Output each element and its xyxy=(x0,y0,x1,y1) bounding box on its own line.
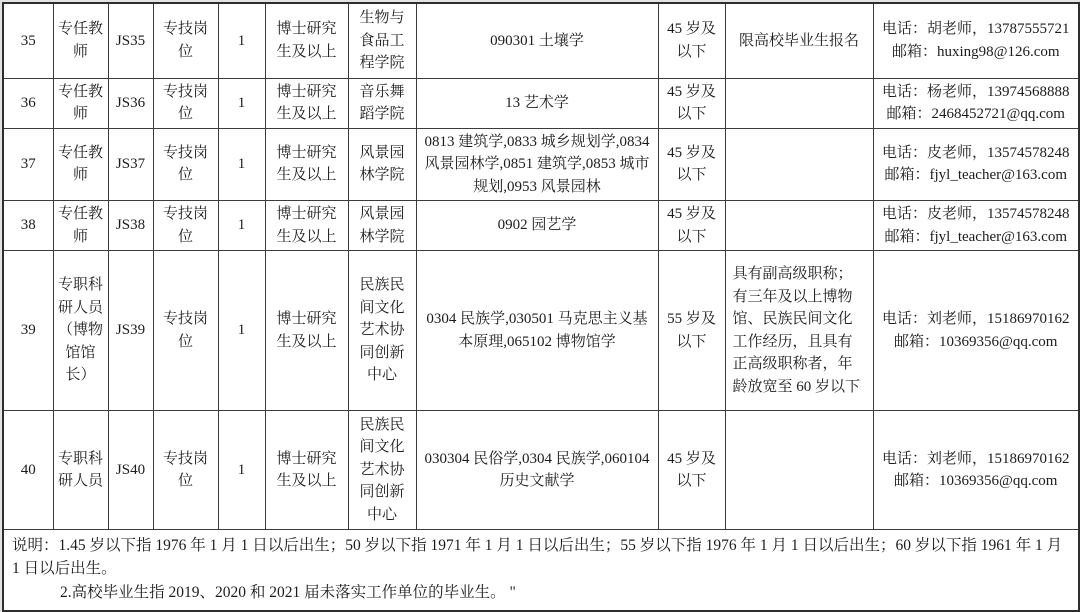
cell-education: 博士研究生及以上 xyxy=(265,3,348,78)
cell-age: 45 岁及以下 xyxy=(658,3,725,78)
cell-post-name: 专任教师 xyxy=(53,78,108,128)
contact-email: 邮箱：10369356@qq.com xyxy=(878,470,1075,493)
cell-other: 限高校毕业生报名 xyxy=(725,3,873,78)
notes-cell: 说明：1.45 岁以下指 1976 年 1 月 1 日以后出生；50 岁以下指 … xyxy=(3,530,1079,611)
cell-count: 1 xyxy=(218,411,265,530)
table-row: 35专任教师JS35专技岗位1博士研究生及以上生物与食品工程学院090301 土… xyxy=(3,3,1079,78)
cell-majors: 0813 建筑学,0833 城乡规划学,0834 风景园林学,0851 建筑学,… xyxy=(416,128,658,201)
cell-post-type: 专技岗位 xyxy=(153,128,218,201)
cell-education: 博士研究生及以上 xyxy=(265,201,348,251)
job-table-footer: 说明：1.45 岁以下指 1976 年 1 月 1 日以后出生；50 岁以下指 … xyxy=(3,530,1079,611)
cell-no: 39 xyxy=(3,251,53,411)
cell-no: 38 xyxy=(3,201,53,251)
cell-department: 风景园林学院 xyxy=(348,201,416,251)
contact-phone: 电话：皮老师，13574578248 xyxy=(878,142,1075,165)
cell-age: 45 岁及以下 xyxy=(658,128,725,201)
cell-contact: 电话：杨老师，13974568888邮箱：2468452721@qq.com xyxy=(873,78,1079,128)
cell-count: 1 xyxy=(218,251,265,411)
document-sheet: 35专任教师JS35专技岗位1博士研究生及以上生物与食品工程学院090301 土… xyxy=(2,2,1078,612)
cell-age: 45 岁及以下 xyxy=(658,411,725,530)
cell-majors: 030304 民俗学,0304 民族学,060104 历史文献学 xyxy=(416,411,658,530)
notes-row: 说明：1.45 岁以下指 1976 年 1 月 1 日以后出生；50 岁以下指 … xyxy=(3,530,1079,611)
table-row: 36专任教师JS36专技岗位1博士研究生及以上音乐舞蹈学院13 艺术学45 岁及… xyxy=(3,78,1079,128)
cell-education: 博士研究生及以上 xyxy=(265,128,348,201)
cell-age: 45 岁及以下 xyxy=(658,78,725,128)
cell-department: 生物与食品工程学院 xyxy=(348,3,416,78)
cell-other xyxy=(725,78,873,128)
contact-email: 邮箱：huxing98@126.com xyxy=(878,41,1075,64)
cell-count: 1 xyxy=(218,128,265,201)
contact-email: 邮箱：fjyl_teacher@163.com xyxy=(878,226,1075,249)
cell-post-type: 专技岗位 xyxy=(153,201,218,251)
cell-post-type: 专技岗位 xyxy=(153,411,218,530)
cell-post-name: 专任教师 xyxy=(53,128,108,201)
contact-phone: 电话：皮老师，13574578248 xyxy=(878,203,1075,226)
cell-post-type: 专技岗位 xyxy=(153,3,218,78)
note-line-2: 2.高校毕业生指 2019、2020 和 2021 届未落实工作单位的毕业生。 … xyxy=(12,581,1070,604)
contact-email: 邮箱：10369356@qq.com xyxy=(878,331,1075,354)
cell-other xyxy=(725,411,873,530)
cell-post-type: 专技岗位 xyxy=(153,78,218,128)
cell-post-code: JS35 xyxy=(108,3,153,78)
cell-post-code: JS36 xyxy=(108,78,153,128)
cell-count: 1 xyxy=(218,78,265,128)
cell-other xyxy=(725,201,873,251)
table-row: 38专任教师JS38专技岗位1博士研究生及以上风景园林学院0902 园艺学45 … xyxy=(3,201,1079,251)
cell-no: 37 xyxy=(3,128,53,201)
cell-majors: 13 艺术学 xyxy=(416,78,658,128)
recruitment-table: 35专任教师JS35专技岗位1博士研究生及以上生物与食品工程学院090301 土… xyxy=(2,2,1080,612)
cell-post-name: 专职科研人员 xyxy=(53,411,108,530)
cell-no: 40 xyxy=(3,411,53,530)
table-row: 39专职科研人员（博物馆馆长）JS39专技岗位1博士研究生及以上民族民间文化艺术… xyxy=(3,251,1079,411)
cell-post-code: JS39 xyxy=(108,251,153,411)
cell-contact: 电话：皮老师，13574578248邮箱：fjyl_teacher@163.co… xyxy=(873,128,1079,201)
cell-majors: 0902 园艺学 xyxy=(416,201,658,251)
contact-email: 邮箱：2468452721@qq.com xyxy=(878,103,1075,126)
cell-contact: 电话：皮老师，13574578248邮箱：fjyl_teacher@163.co… xyxy=(873,201,1079,251)
cell-post-name: 专任教师 xyxy=(53,201,108,251)
cell-education: 博士研究生及以上 xyxy=(265,78,348,128)
note-line-1: 说明：1.45 岁以下指 1976 年 1 月 1 日以后出生；50 岁以下指 … xyxy=(12,534,1070,581)
cell-majors: 090301 土壤学 xyxy=(416,3,658,78)
cell-other: 具有副高级职称；有三年及以上博物馆、民族民间文化工作经历，且具有正高级职称者，年… xyxy=(725,251,873,411)
cell-majors: 0304 民族学,030501 马克思主义基本原理,065102 博物馆学 xyxy=(416,251,658,411)
cell-other xyxy=(725,128,873,201)
table-row: 40专职科研人员JS40专技岗位1博士研究生及以上民族民间文化艺术协同创新中心0… xyxy=(3,411,1079,530)
cell-post-type: 专技岗位 xyxy=(153,251,218,411)
cell-post-name: 专任教师 xyxy=(53,3,108,78)
cell-count: 1 xyxy=(218,201,265,251)
cell-department: 民族民间文化艺术协同创新中心 xyxy=(348,411,416,530)
cell-contact: 电话：刘老师，15186970162邮箱：10369356@qq.com xyxy=(873,411,1079,530)
cell-post-code: JS37 xyxy=(108,128,153,201)
contact-phone: 电话：胡老师，13787555721 xyxy=(878,18,1075,41)
cell-post-code: JS38 xyxy=(108,201,153,251)
cell-no: 35 xyxy=(3,3,53,78)
cell-contact: 电话：胡老师，13787555721邮箱：huxing98@126.com xyxy=(873,3,1079,78)
contact-email: 邮箱：fjyl_teacher@163.com xyxy=(878,164,1075,187)
table-row: 37专任教师JS37专技岗位1博士研究生及以上风景园林学院0813 建筑学,08… xyxy=(3,128,1079,201)
contact-phone: 电话：杨老师，13974568888 xyxy=(878,81,1075,104)
contact-phone: 电话：刘老师，15186970162 xyxy=(878,448,1075,471)
cell-department: 音乐舞蹈学院 xyxy=(348,78,416,128)
cell-age: 45 岁及以下 xyxy=(658,201,725,251)
cell-department: 风景园林学院 xyxy=(348,128,416,201)
cell-age: 55 岁及以下 xyxy=(658,251,725,411)
cell-count: 1 xyxy=(218,3,265,78)
cell-department: 民族民间文化艺术协同创新中心 xyxy=(348,251,416,411)
cell-education: 博士研究生及以上 xyxy=(265,251,348,411)
cell-contact: 电话：刘老师，15186970162邮箱：10369356@qq.com xyxy=(873,251,1079,411)
job-table-body: 35专任教师JS35专技岗位1博士研究生及以上生物与食品工程学院090301 土… xyxy=(3,3,1079,530)
cell-no: 36 xyxy=(3,78,53,128)
contact-phone: 电话：刘老师，15186970162 xyxy=(878,308,1075,331)
cell-education: 博士研究生及以上 xyxy=(265,411,348,530)
cell-post-name: 专职科研人员（博物馆馆长） xyxy=(53,251,108,411)
cell-post-code: JS40 xyxy=(108,411,153,530)
